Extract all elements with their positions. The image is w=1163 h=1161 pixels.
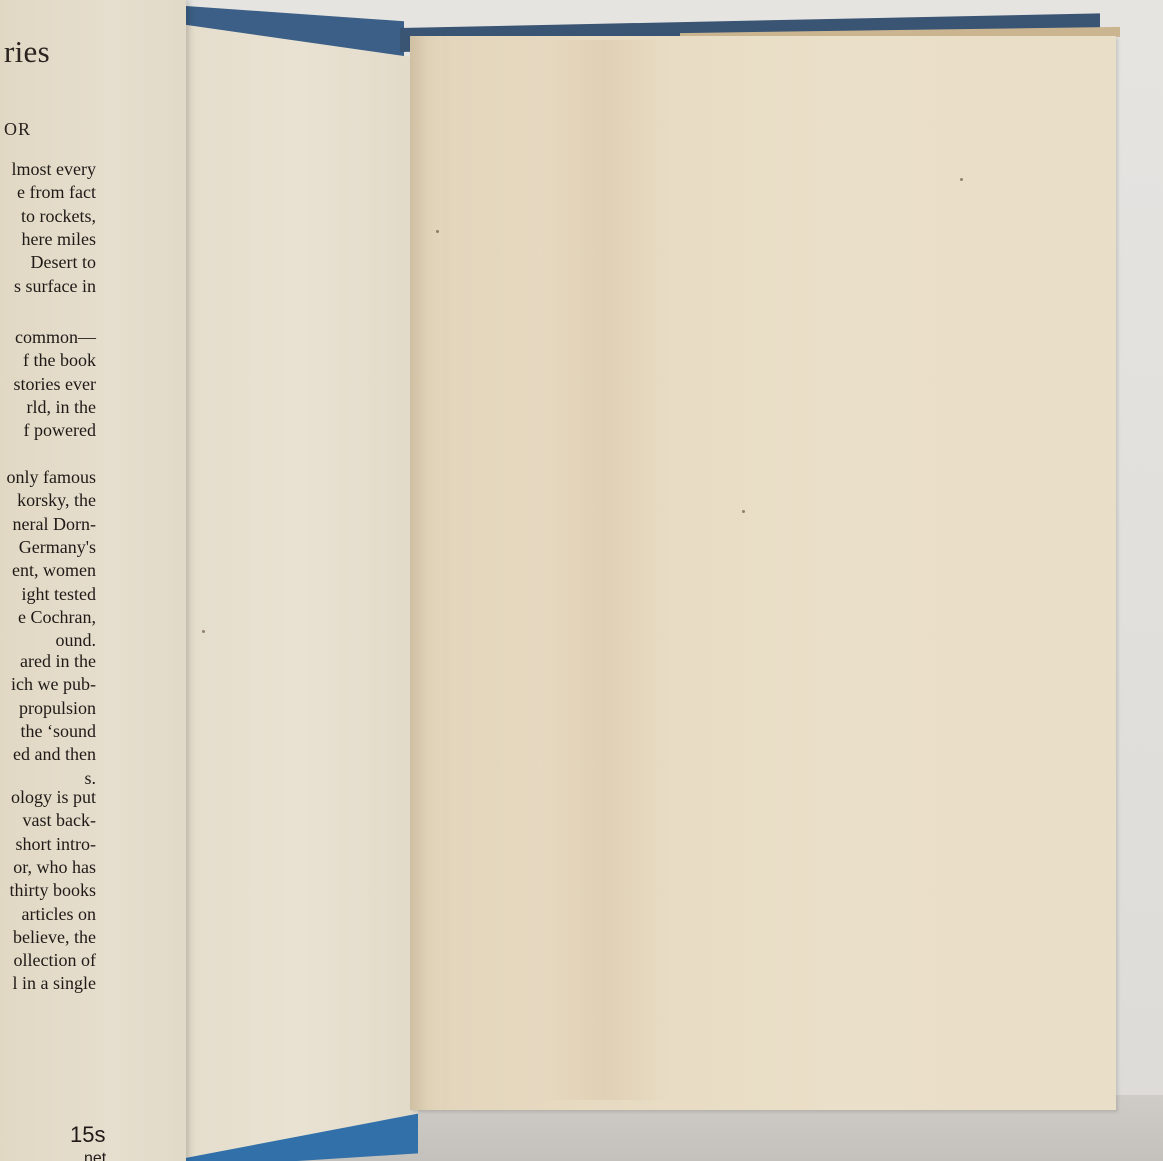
flap-blurb-line: rld, in the xyxy=(27,396,97,418)
flap-blurb-line: ich we pub- xyxy=(11,673,96,695)
flap-blurb-line: here miles xyxy=(22,228,96,250)
flap-blurb-line: believe, the xyxy=(13,926,96,948)
flap-blurb-line: articles on xyxy=(22,903,96,925)
flap-blurb-line: ound. xyxy=(56,629,97,651)
flap-blurb-line: short intro- xyxy=(16,833,97,855)
flap-blurb-line: propulsion xyxy=(19,697,96,719)
flap-blurb-line: l in a single xyxy=(13,972,97,994)
flap-subtitle: OR xyxy=(4,119,31,140)
flap-blurb-line: or, who has xyxy=(13,856,96,878)
flap-blurb-line: thirty books xyxy=(9,879,96,901)
flap-blurb-line: the ‘sound xyxy=(21,720,97,742)
foxing-speck xyxy=(202,630,205,633)
flap-blurb-line: only famous xyxy=(7,466,97,488)
flap-blurb-line: Germany's xyxy=(19,536,96,558)
flap-blurb-line: korsky, the xyxy=(17,489,96,511)
flap-blurb-line: vast back- xyxy=(23,809,96,831)
pastedown-endpaper xyxy=(180,24,418,1159)
flap-price: 15s xyxy=(70,1122,105,1148)
flap-blurb-line: ed and then xyxy=(13,743,96,765)
flap-blurb-line: ight tested xyxy=(22,583,97,605)
flap-blurb-line: stories ever xyxy=(14,373,96,395)
flap-blurb-line: neral Dorn- xyxy=(13,513,96,535)
flap-blurb-line: e Cochran, xyxy=(18,606,96,628)
flap-price-note: net xyxy=(84,1150,106,1161)
dust-jacket-flap: ries OR lmost everye from factto rockets… xyxy=(0,0,186,1161)
foxing-speck xyxy=(960,178,963,181)
flap-blurb-line: common— xyxy=(15,326,96,348)
flap-blurb-line: f the book xyxy=(23,349,96,371)
foxing-speck xyxy=(436,230,439,233)
flap-title: ries xyxy=(4,34,50,70)
foxing-speck xyxy=(742,510,745,513)
free-endpaper-page xyxy=(410,36,1116,1110)
flap-blurb-line: to rockets, xyxy=(21,205,96,227)
flap-blurb-line: ollection of xyxy=(14,949,96,971)
flap-blurb-line: Desert to xyxy=(31,251,96,273)
flap-blurb-line: e from fact xyxy=(17,181,96,203)
flap-blurb-line: ology is put xyxy=(11,786,96,808)
toning-stain xyxy=(540,40,670,1100)
flap-blurb-line: ared in the xyxy=(20,650,96,672)
flap-blurb-line: f powered xyxy=(24,419,96,441)
flap-blurb-line: s surface in xyxy=(14,275,96,297)
book-gutter xyxy=(410,36,442,1110)
flap-blurb-line: ent, women xyxy=(12,559,96,581)
flap-blurb-line: lmost every xyxy=(12,158,96,180)
